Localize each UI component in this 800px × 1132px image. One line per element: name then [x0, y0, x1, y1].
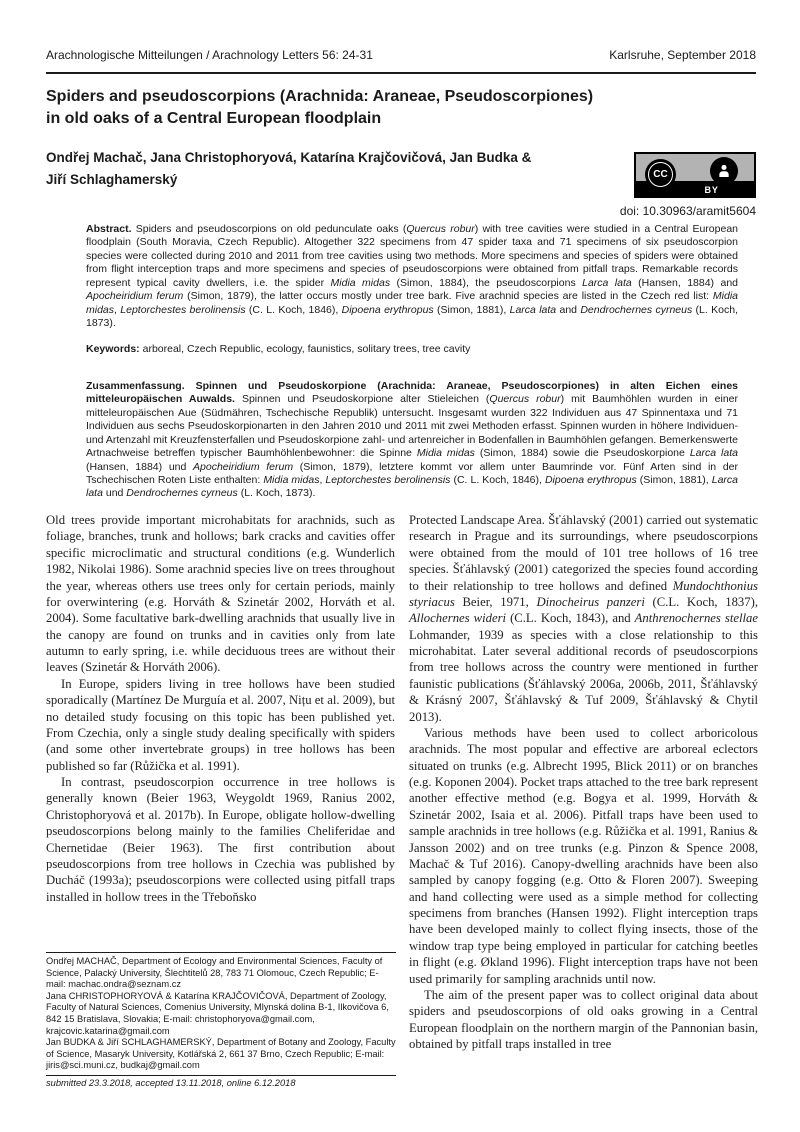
- cc-logo-text: CC: [648, 162, 673, 187]
- body-paragraph: In Europe, spiders living in tree hollow…: [46, 676, 395, 774]
- page-header: Arachnologische Mitteilungen / Arachnolo…: [46, 48, 756, 62]
- body-paragraph: The aim of the present paper was to coll…: [409, 987, 758, 1053]
- cc-by-label: BY: [704, 185, 719, 195]
- body-paragraph: In contrast, pseudoscorpion occurrence i…: [46, 774, 395, 905]
- abstract: Abstract. Spiders and pseudoscorpions on…: [86, 223, 738, 331]
- submission-dates: submitted 23.3.2018, accepted 13.11.2018…: [46, 1075, 396, 1090]
- article-title-line-2: in old oaks of a Central European floodp…: [46, 108, 666, 130]
- front-matter: Abstract. Spiders and pseudoscorpions on…: [86, 223, 738, 501]
- keywords: Keywords: arboreal, Czech Republic, ecol…: [86, 343, 738, 356]
- issue-info: Karlsruhe, September 2018: [609, 48, 756, 62]
- doi: doi: 10.30963/aramit5604: [620, 204, 756, 218]
- right-column: Protected Landscape Area. Šťáhlavský (20…: [409, 512, 758, 1052]
- body-paragraph: Protected Landscape Area. Šťáhlavský (20…: [409, 512, 758, 725]
- body-paragraph: Various methods have been used to collec…: [409, 725, 758, 987]
- article-title: Spiders and pseudoscorpions (Arachnida: …: [46, 86, 666, 131]
- footnote-line: Ondřej MACHAČ, Department of Ecology and…: [46, 956, 396, 991]
- header-divider: [46, 72, 756, 74]
- footnote-line: Jan BUDKA & Jiří SCHLAGHAMERSKÝ, Departm…: [46, 1037, 396, 1072]
- journal-name: Arachnologische Mitteilungen / Arachnolo…: [46, 48, 373, 62]
- author-list-line-1: Ondřej Machač, Jana Christophoryová, Kat…: [46, 147, 606, 169]
- article-title-line-1: Spiders and pseudoscorpions (Arachnida: …: [46, 86, 666, 108]
- zusammenfassung: Zusammenfassung. Spinnen und Pseudoskorp…: [86, 380, 738, 501]
- cc-logo-icon: CC: [645, 159, 676, 190]
- journal-page: Arachnologische Mitteilungen / Arachnolo…: [0, 0, 800, 1132]
- author-affiliations: Ondřej MACHAČ, Department of Ecology and…: [46, 952, 396, 1090]
- author-list-line-2: Jiří Schlaghamerský: [46, 169, 606, 191]
- author-list: Ondřej Machač, Jana Christophoryová, Kat…: [46, 147, 606, 192]
- footnote-line: Jana CHRISTOPHORYOVÁ & Katarína KRAJČOVI…: [46, 991, 396, 1037]
- body-paragraph: Old trees provide important microhabitat…: [46, 512, 395, 676]
- cc-license-badge: BY CC: [634, 152, 756, 198]
- attribution-person-icon: [710, 157, 738, 185]
